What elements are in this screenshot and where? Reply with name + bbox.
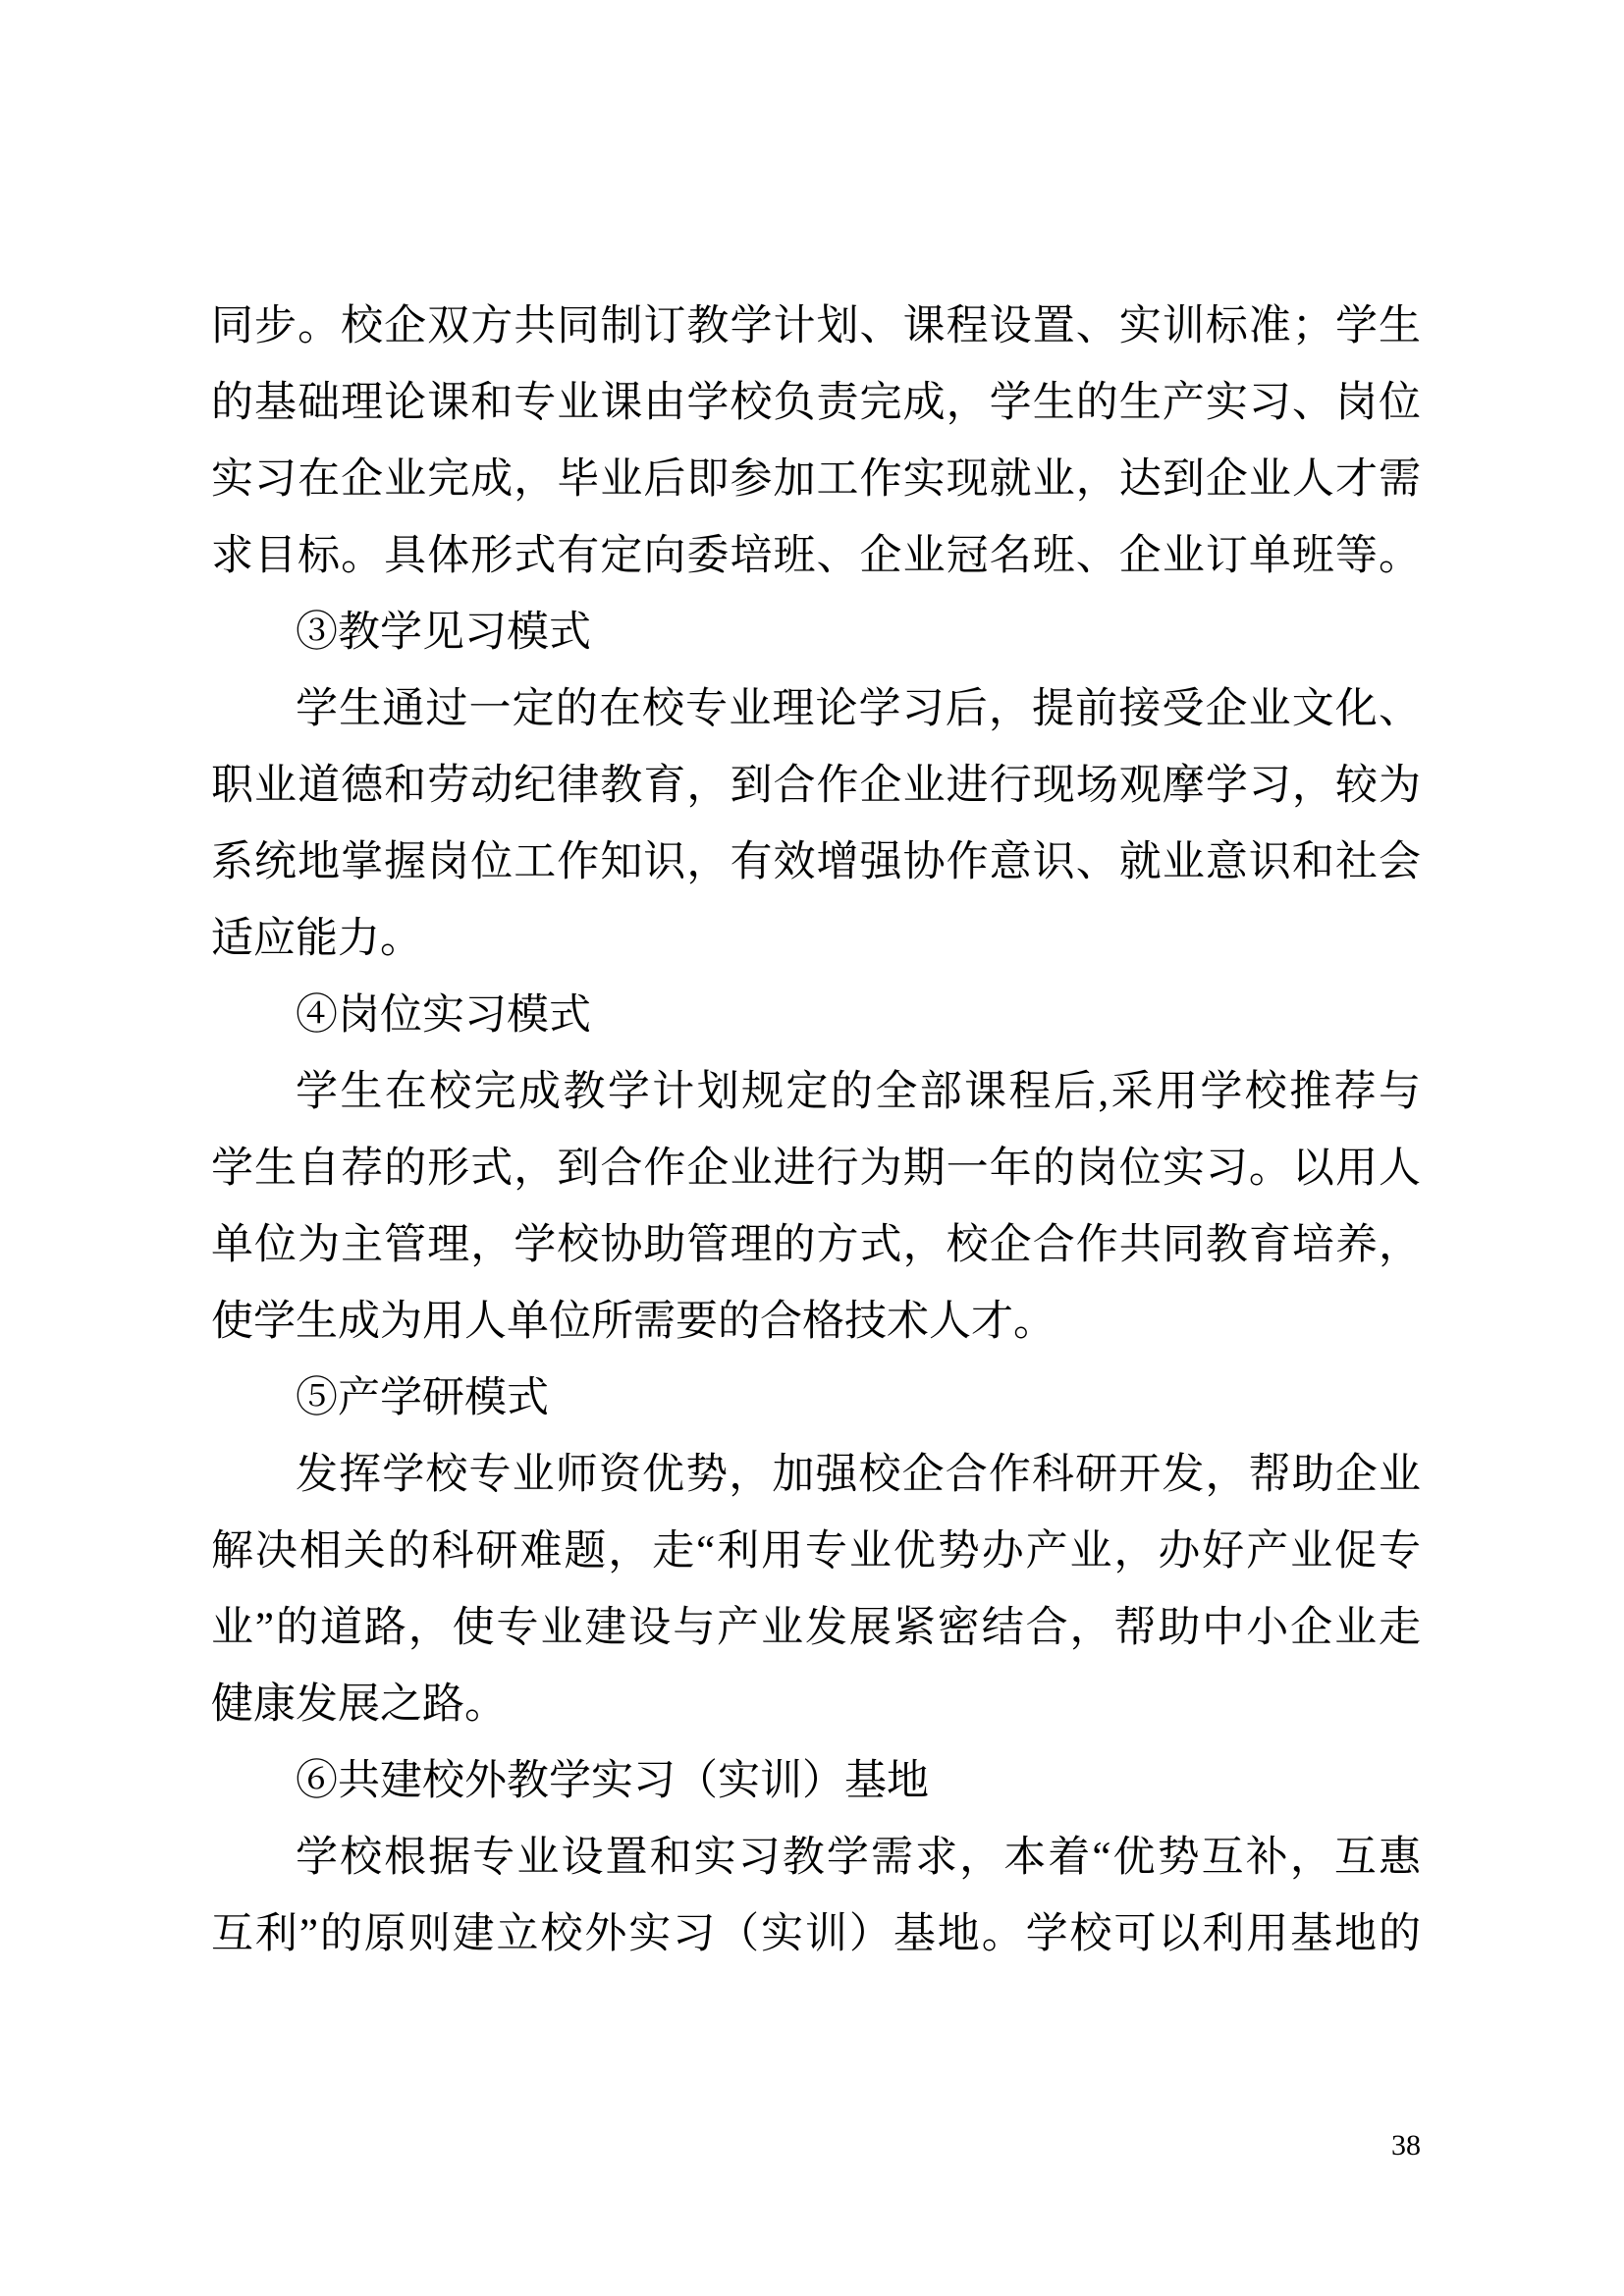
heading-line: ④岗位实习模式	[211, 978, 1421, 1054]
text-line: 学生在校完成教学计划规定的全部课程后,采用学校推荐与	[211, 1054, 1421, 1131]
text-line: 求目标。具体形式有定向委培班、企业冠名班、企业订单班等。	[211, 518, 1421, 595]
document-body: 同步。校企双方共同制订教学计划、课程设置、实训标准；学生 的基础理论课和专业课由…	[211, 289, 1421, 1973]
text-line: 解决相关的科研难题，走“利用专业优势办产业，办好产业促专	[211, 1514, 1421, 1590]
text-line: 互利”的原则建立校外实习（实训）基地。学校可以利用基地的	[211, 1896, 1421, 1973]
document-page: 同步。校企双方共同制订教学计划、课程设置、实训标准；学生 的基础理论课和专业课由…	[0, 0, 1624, 2296]
text-line: 学生自荐的形式，到合作企业进行为期一年的岗位实习。以用人	[211, 1131, 1421, 1207]
text-line: 实习在企业完成，毕业后即参加工作实现就业，达到企业人才需	[211, 442, 1421, 518]
text-line: 系统地掌握岗位工作知识，有效增强协作意识、就业意识和社会	[211, 825, 1421, 901]
text-line: 单位为主管理，学校协助管理的方式，校企合作共同教育培养，	[211, 1207, 1421, 1284]
text-line: 学校根据专业设置和实习教学需求，本着“优势互补，互惠	[211, 1820, 1421, 1896]
heading-line: ⑥共建校外教学实习（实训）基地	[211, 1743, 1421, 1820]
text-line: 健康发展之路。	[211, 1667, 1421, 1743]
text-line: 的基础理论课和专业课由学校负责完成，学生的生产实习、岗位	[211, 365, 1421, 442]
heading-line: ③教学见习模式	[211, 595, 1421, 671]
text-line: 发挥学校专业师资优势，加强校企合作科研开发，帮助企业	[211, 1437, 1421, 1514]
text-line: 同步。校企双方共同制订教学计划、课程设置、实训标准；学生	[211, 289, 1421, 365]
text-line: 业”的道路，使专业建设与产业发展紧密结合，帮助中小企业走	[211, 1590, 1421, 1667]
text-line: 适应能力。	[211, 901, 1421, 978]
page-number: 38	[211, 2128, 1421, 2163]
heading-line: ⑤产学研模式	[211, 1361, 1421, 1437]
text-line: 学生通过一定的在校专业理论学习后，提前接受企业文化、	[211, 671, 1421, 748]
text-line: 使学生成为用人单位所需要的合格技术人才。	[211, 1284, 1421, 1361]
text-line: 职业道德和劳动纪律教育，到合作企业进行现场观摩学习，较为	[211, 748, 1421, 825]
